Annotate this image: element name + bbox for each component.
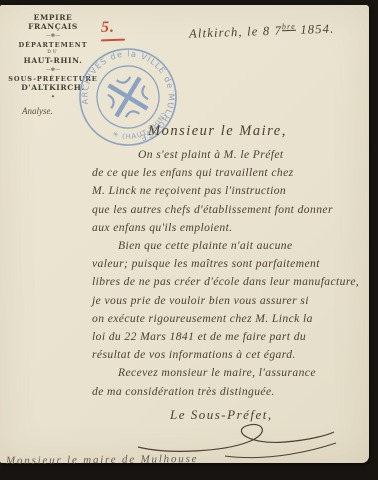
registry-number: 5.	[101, 19, 125, 41]
body-line: de ce que les enfans qui travaillent che…	[92, 164, 368, 182]
body-line: je vous prie de vouloir bien vous assure…	[92, 292, 368, 310]
dateline: Altkirch, le 8 7bre 1854.	[189, 20, 335, 41]
registry-underline	[101, 39, 125, 42]
dateline-suffix: 1854.	[296, 22, 335, 37]
body-line: aux enfans qu'ils emploient.	[92, 219, 368, 237]
dateline-prefix: Altkirch, le 8 7	[189, 23, 282, 40]
body-line: on exécute rigoureusement chez M. Linck …	[92, 310, 368, 328]
letter-body: On s'est plaint à M. le Préfet de ce que…	[92, 146, 368, 401]
body-line: de ma considération très distinguée.	[92, 383, 368, 401]
body-line: libres de ne pas créer d'école dans leur…	[92, 273, 368, 291]
scanned-letter-photo: EMPIRE FRANÇAIS —✻— DÉPARTEMENT DU HAUT-…	[0, 0, 378, 480]
recipient-address: Monsieur le maire de Mulhouse	[6, 453, 198, 467]
body-line: résultat de vos informations à cet égard…	[92, 346, 368, 364]
letterhead-departement: DÉPARTEMENT	[8, 41, 98, 49]
body-line: M. Linck ne reçoivent pas l'instruction	[92, 182, 368, 200]
letter-paper: EMPIRE FRANÇAIS —✻— DÉPARTEMENT DU HAUT-…	[0, 5, 369, 463]
letterhead-empire: EMPIRE FRANÇAIS	[8, 13, 98, 31]
registry-number-value: 5.	[101, 19, 115, 36]
body-line: que les autres chefs d'établissement fon…	[92, 201, 368, 219]
body-line: Bien que cette plainte n'ait aucune	[118, 237, 368, 255]
body-line: Recevez monsieur le maire, l'assurance	[118, 364, 368, 382]
body-line: loi du 22 Mars 1841 et de me faire part …	[92, 328, 368, 346]
letterhead-ornament-1: —✻—	[8, 33, 98, 39]
stamp-wheel-emblem	[105, 74, 151, 120]
body-line: valeur; puisque les maîtres sont parfait…	[92, 255, 368, 273]
body-line: On s'est plaint à M. le Préfet	[138, 146, 368, 164]
salutation: Monsieur le Maire,	[148, 123, 287, 140]
dateline-month-sup: bre	[282, 22, 296, 31]
